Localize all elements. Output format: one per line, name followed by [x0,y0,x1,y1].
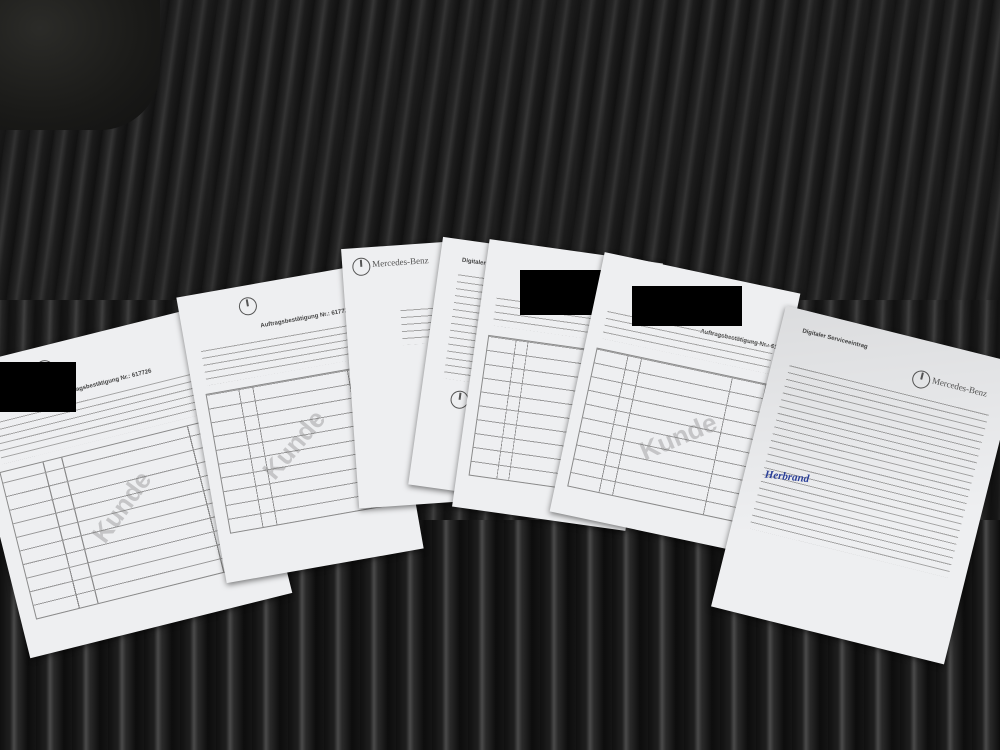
floor-corner [0,0,160,130]
redaction-box [0,362,76,412]
mercedes-star-icon [352,257,371,276]
photo-scene: Auftragsbestätigung Nr.: 617726 Kunde Au… [0,0,1000,750]
redaction-box [520,270,604,315]
mercedes-star-icon [238,296,259,317]
brand-name: Mercedes-Benz [372,255,429,269]
redaction-box [632,286,742,326]
